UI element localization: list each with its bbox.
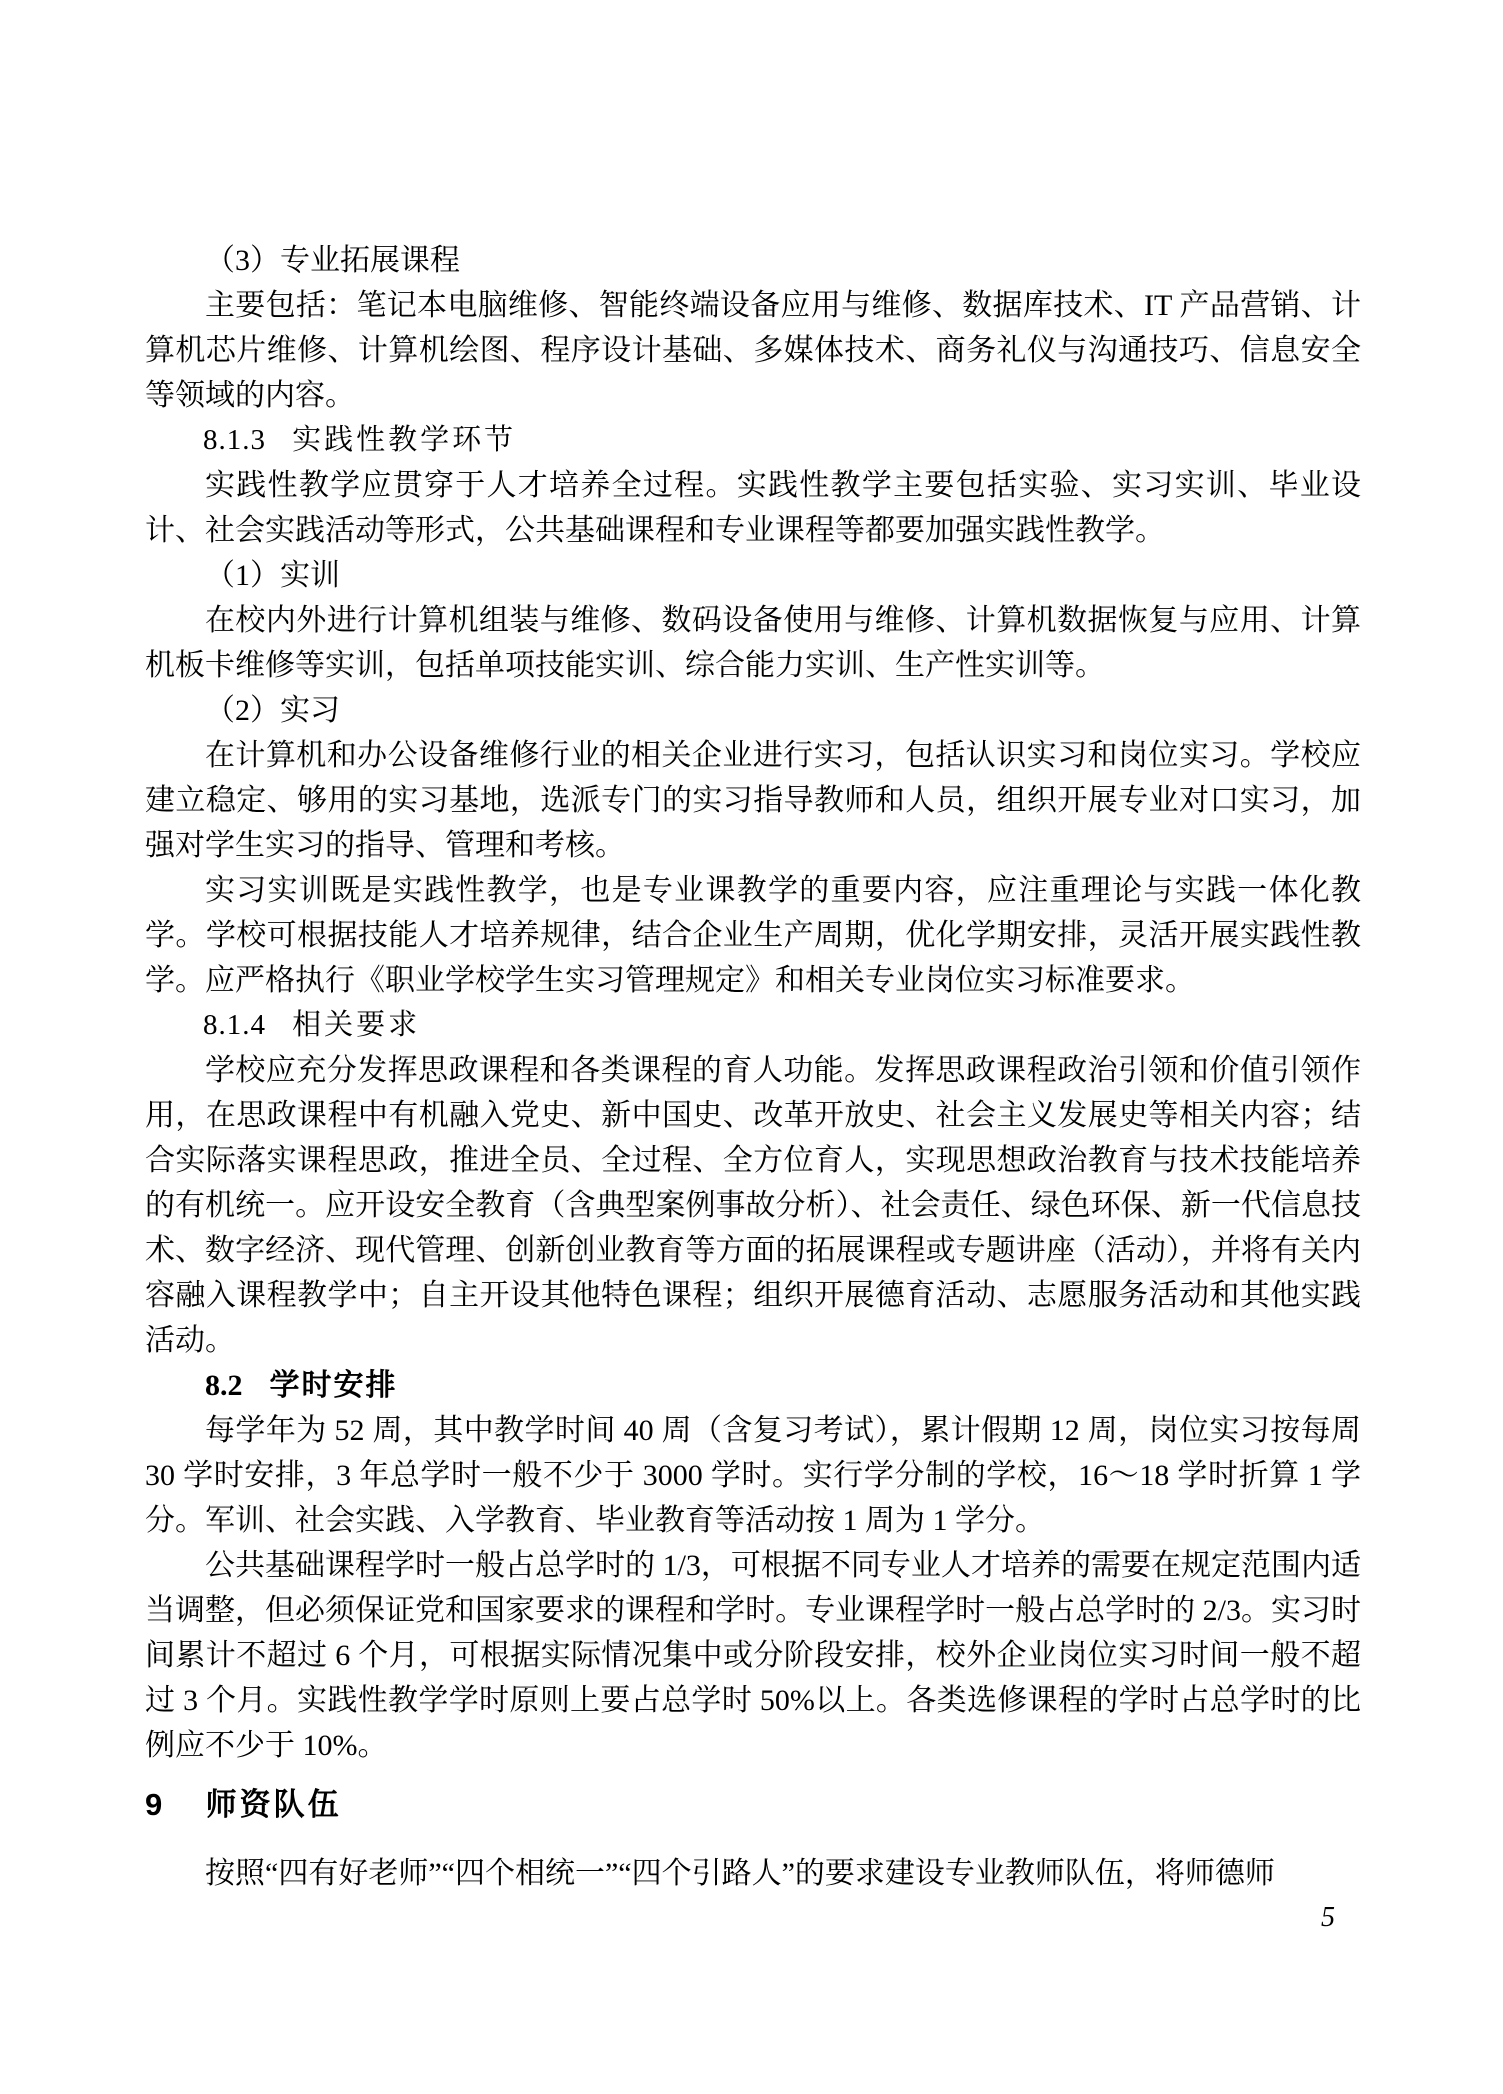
paragraph-expansion-courses: 主要包括：笔记本电脑维修、智能终端设备应用与维修、数据库技术、IT 产品营销、计… (145, 283, 1361, 418)
chapter-number: 9 (145, 1787, 162, 1822)
list-item-3-professional-expansion: （3）专业拓展课程 (145, 238, 1361, 283)
paragraph-shixun-detail: 在校内外进行计算机组装与维修、数码设备使用与维修、计算机数据恢复与应用、计算机板… (145, 598, 1361, 688)
paragraph-practical-teaching: 实践性教学应贯穿于人才培养全过程。实践性教学主要包括实验、实习实训、毕业设计、社… (145, 463, 1361, 553)
section-heading-8-1-3: 8.1.3实践性教学环节 (145, 418, 1361, 463)
section-title: 相关要求 (292, 1009, 420, 1041)
section-heading-8-1-4: 8.1.4相关要求 (145, 1003, 1361, 1048)
paragraph-course-hour-ratios: 公共基础课程学时一般占总学时的 1/3，可根据不同专业人才培养的需要在规定范围内… (145, 1543, 1361, 1768)
section-title: 学时安排 (270, 1369, 398, 1402)
list-item-1-shixun: （1）实训 (145, 553, 1361, 598)
section-title: 实践性教学环节 (292, 424, 516, 456)
section-number: 8.1.3 (203, 424, 266, 456)
paragraph-school-year-hours: 每学年为 52 周，其中教学时间 40 周（含复习考试），累计假期 12 周，岗… (145, 1408, 1361, 1543)
paragraph-teacher-team: 按照“四有好老师”“四个相统一”“四个引路人”的要求建设专业教师队伍，将师德师 (145, 1851, 1361, 1896)
document-page: （3）专业拓展课程 主要包括：笔记本电脑维修、智能终端设备应用与维修、数据库技术… (0, 0, 1503, 2094)
document-content: （3）专业拓展课程 主要包括：笔记本电脑维修、智能终端设备应用与维修、数据库技术… (145, 238, 1361, 1896)
section-number: 8.1.4 (203, 1009, 266, 1041)
page-number: 5 (1321, 1898, 1335, 1938)
paragraph-shixi-shixun-teaching: 实习实训既是实践性教学，也是专业课教学的重要内容，应注重理论与实践一体化教学。学… (145, 868, 1361, 1003)
section-heading-8-2: 8.2学时安排 (145, 1363, 1361, 1408)
paragraph-related-requirements: 学校应充分发挥思政课程和各类课程的育人功能。发挥思政课程政治引领和价值引领作用，… (145, 1048, 1361, 1363)
chapter-title: 师资队伍 (206, 1787, 342, 1822)
chapter-heading-9: 9师资队伍 (145, 1782, 1361, 1828)
list-item-2-shixi: （2）实习 (145, 688, 1361, 733)
section-number: 8.2 (205, 1369, 243, 1402)
paragraph-shixi-detail: 在计算机和办公设备维修行业的相关企业进行实习，包括认识实习和岗位实习。学校应建立… (145, 733, 1361, 868)
